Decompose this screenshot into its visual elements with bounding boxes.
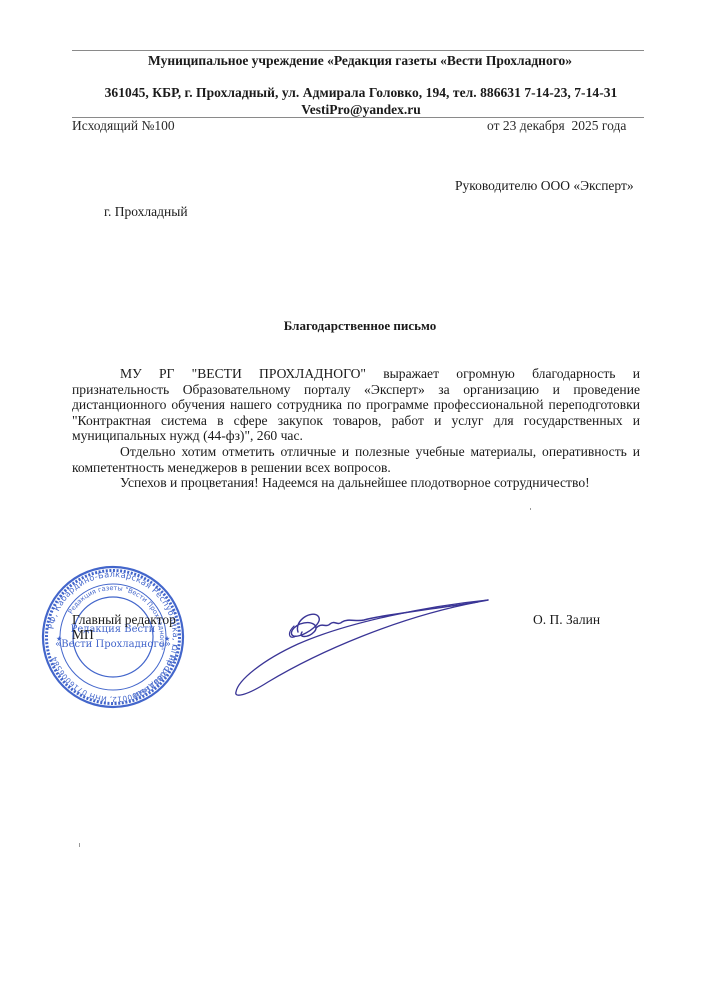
address-line: 361045, КБР, г. Прохладный, ул. Адмирала…	[72, 84, 650, 101]
email-address: VestiPro@yandex.ru	[72, 101, 650, 118]
scan-speck	[79, 843, 80, 847]
body-paragraph: Отдельно хотим отметить отличные и полез…	[72, 444, 640, 475]
organization-name: Муниципальное учреждение «Редакция газет…	[70, 53, 650, 69]
body-paragraph: МУ РГ "ВЕСТИ ПРОХЛАДНОГО" выражает огром…	[72, 366, 640, 444]
letter-body: МУ РГ "ВЕСТИ ПРОХЛАДНОГО" выражает огром…	[72, 366, 640, 491]
signer-name: О. П. Залин	[533, 612, 600, 628]
document-title: Благодарственное письмо	[70, 318, 650, 334]
svg-text:★: ★	[56, 635, 62, 643]
handwritten-signature	[228, 592, 493, 702]
scan-speck	[530, 508, 531, 510]
outgoing-number: Исходящий №100	[72, 118, 175, 134]
city: г. Прохладный	[104, 204, 188, 220]
signature-labels: Главный редактор МП	[72, 612, 176, 642]
recipient: Руководителю ООО «Эксперт»	[455, 178, 634, 194]
svg-text:ОГРН 1080716000012, ИНН 071600: ОГРН 1080716000012, ИНН 0716006584	[49, 644, 179, 704]
seal-mark: МП	[72, 627, 176, 642]
top-rule	[72, 50, 644, 51]
body-paragraph: Успехов и процветания! Надеемся на дальн…	[72, 475, 640, 491]
signature-icon	[228, 592, 493, 702]
letter-date: от 23 декабря 2025 года	[487, 118, 626, 134]
position-title: Главный редактор	[72, 612, 176, 627]
letterhead-address: 361045, КБР, г. Прохладный, ул. Адмирала…	[72, 84, 650, 118]
